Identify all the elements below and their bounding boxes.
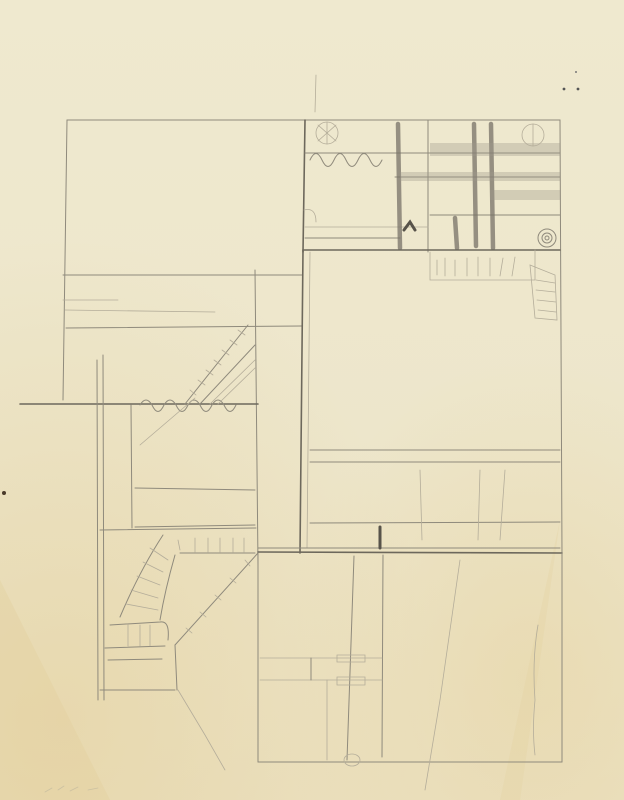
right-stair-outcrop (430, 250, 557, 320)
left-stair-section (20, 325, 258, 700)
floor-plan-drawing (0, 0, 624, 800)
lower-right-room (258, 553, 562, 790)
lower-left-stair (100, 535, 258, 770)
faint-inscription (45, 786, 98, 792)
upper-right-grid (303, 120, 562, 555)
sketch-sheet (0, 0, 624, 800)
central-room (258, 250, 562, 553)
upper-left-room (63, 120, 305, 565)
